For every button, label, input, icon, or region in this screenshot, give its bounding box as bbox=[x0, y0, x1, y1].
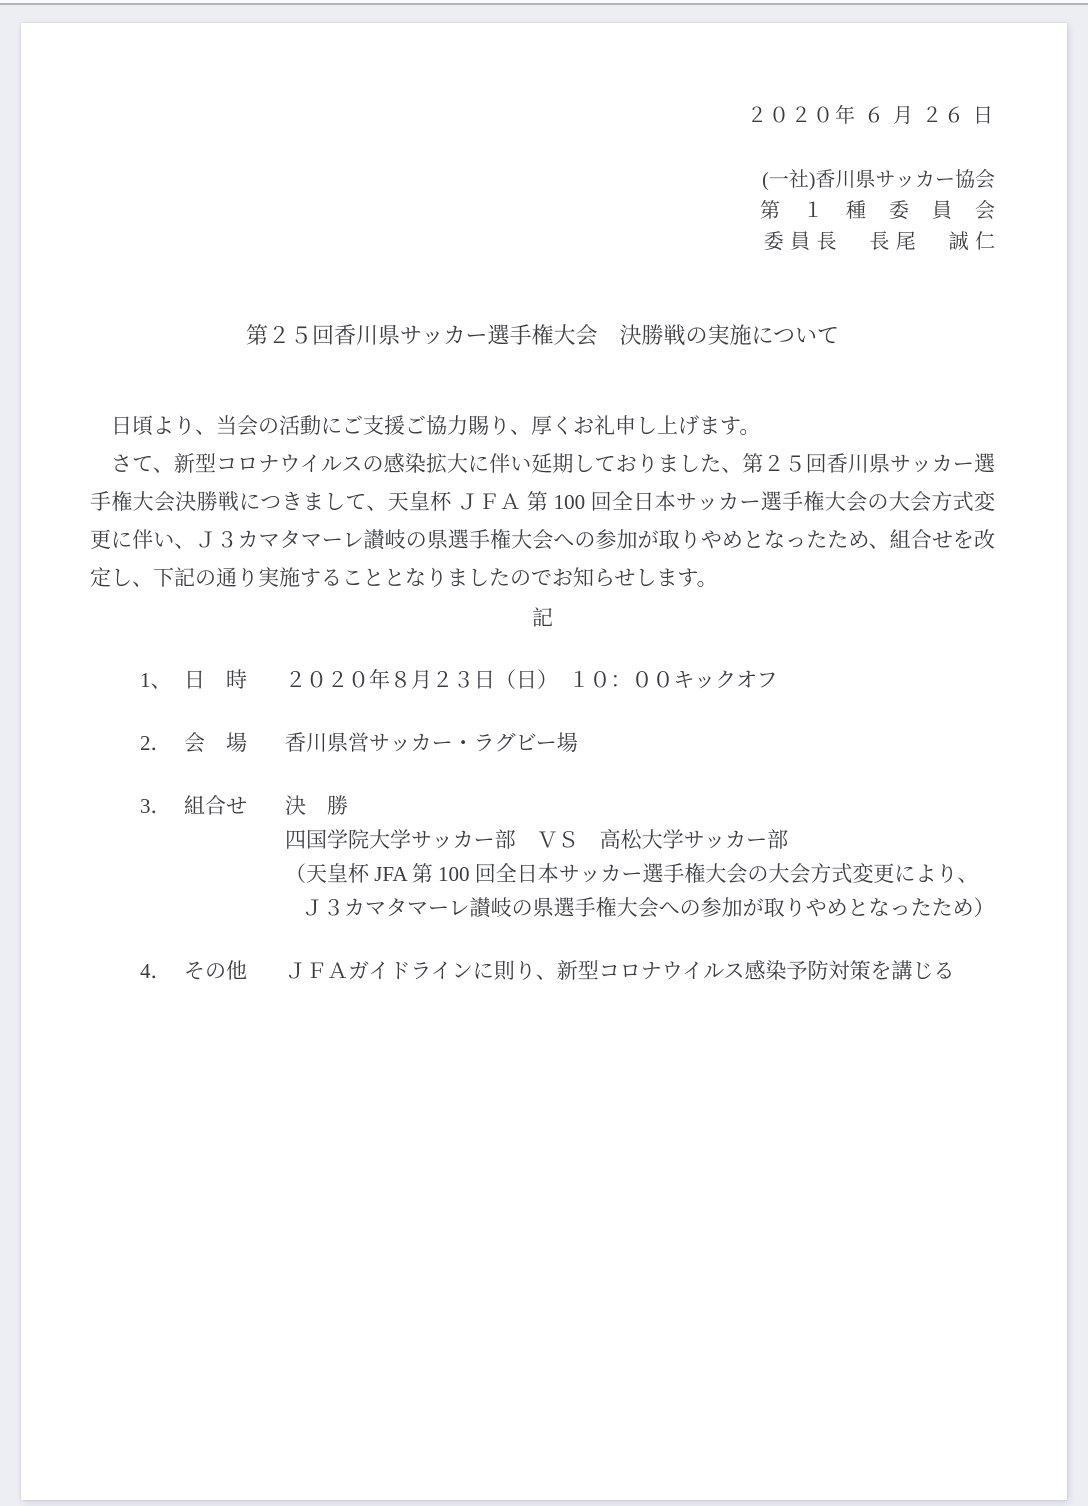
item-other: 4． その他 ＪＦＡガイドラインに則り、新型コロナウイルス感染予防対策を講じる bbox=[90, 954, 995, 988]
item-venue-number: 2． bbox=[140, 726, 184, 760]
item-venue-label: 会 場 bbox=[184, 726, 247, 760]
item-datetime: 1、 日 時 ２０２０年８月２３日（日） １０：００キックオフ bbox=[90, 663, 995, 697]
viewer-top-divider bbox=[0, 3, 1088, 5]
greeting-paragraph: 日頃より、当会の活動にご支援ご協力賜り、厚くお礼申し上げます。 bbox=[90, 407, 995, 445]
item-matchup-label: 組合せ bbox=[184, 789, 247, 823]
body-paragraph: さて、新型コロナウイルスの感染拡大に伴い延期しておりました、第２５回香川県サッカ… bbox=[90, 445, 995, 597]
item-other-label: その他 bbox=[184, 954, 247, 988]
document-date: ２０２０年 ６ 月 ２６ 日 bbox=[90, 23, 995, 129]
items-list: 1、 日 時 ２０２０年８月２３日（日） １０：００キックオフ 2． 会 場 香… bbox=[90, 663, 995, 988]
matchup-round: 決 勝 bbox=[285, 789, 995, 823]
sender-block: (一社)香川県サッカー協会 第１種委員会 委員長 長尾 誠仁 bbox=[90, 165, 995, 258]
item-other-value: ＪＦＡガイドラインに則り、新型コロナウイルス感染予防対策を講じる bbox=[285, 954, 995, 988]
sender-committee: 第１種委員会 bbox=[760, 200, 1018, 222]
item-venue-value: 香川県営サッカー・ラグビー場 bbox=[285, 726, 995, 760]
item-matchup: 3． 組合せ 決 勝 四国学院大学サッカー部 ＶＳ 高松大学サッカー部 （天皇杯… bbox=[90, 789, 995, 925]
document-page: ２０２０年 ６ 月 ２６ 日 (一社)香川県サッカー協会 第１種委員会 委員長 … bbox=[21, 23, 1067, 1500]
item-matchup-value: 決 勝 四国学院大学サッカー部 ＶＳ 高松大学サッカー部 （天皇杯 JFA 第 … bbox=[285, 789, 995, 925]
matchup-note-line1: （天皇杯 JFA 第 100 回全日本サッカー選手権大会の大会方式変更により、 bbox=[285, 857, 995, 891]
item-venue: 2． 会 場 香川県営サッカー・ラグビー場 bbox=[90, 726, 995, 760]
ki-heading: 記 bbox=[90, 605, 995, 631]
matchup-teams: 四国学院大学サッカー部 ＶＳ 高松大学サッカー部 bbox=[285, 823, 995, 857]
matchup-note-line2: Ｊ３カマタマーレ讃岐の県選手権大会への参加が取りやめとなったため） bbox=[285, 891, 995, 925]
item-datetime-label: 日 時 bbox=[184, 663, 247, 697]
sender-organization: (一社)香川県サッカー協会 bbox=[90, 165, 995, 196]
document-title: 第２５回香川県サッカー選手権大会 決勝戦の実施について bbox=[90, 321, 995, 351]
item-datetime-number: 1、 bbox=[140, 663, 184, 697]
item-other-number: 4． bbox=[140, 954, 184, 988]
sender-chairperson: 委員長 長尾 誠仁 bbox=[764, 231, 1002, 253]
item-datetime-value: ２０２０年８月２３日（日） １０：００キックオフ bbox=[285, 663, 995, 697]
item-matchup-number: 3． bbox=[140, 789, 184, 823]
